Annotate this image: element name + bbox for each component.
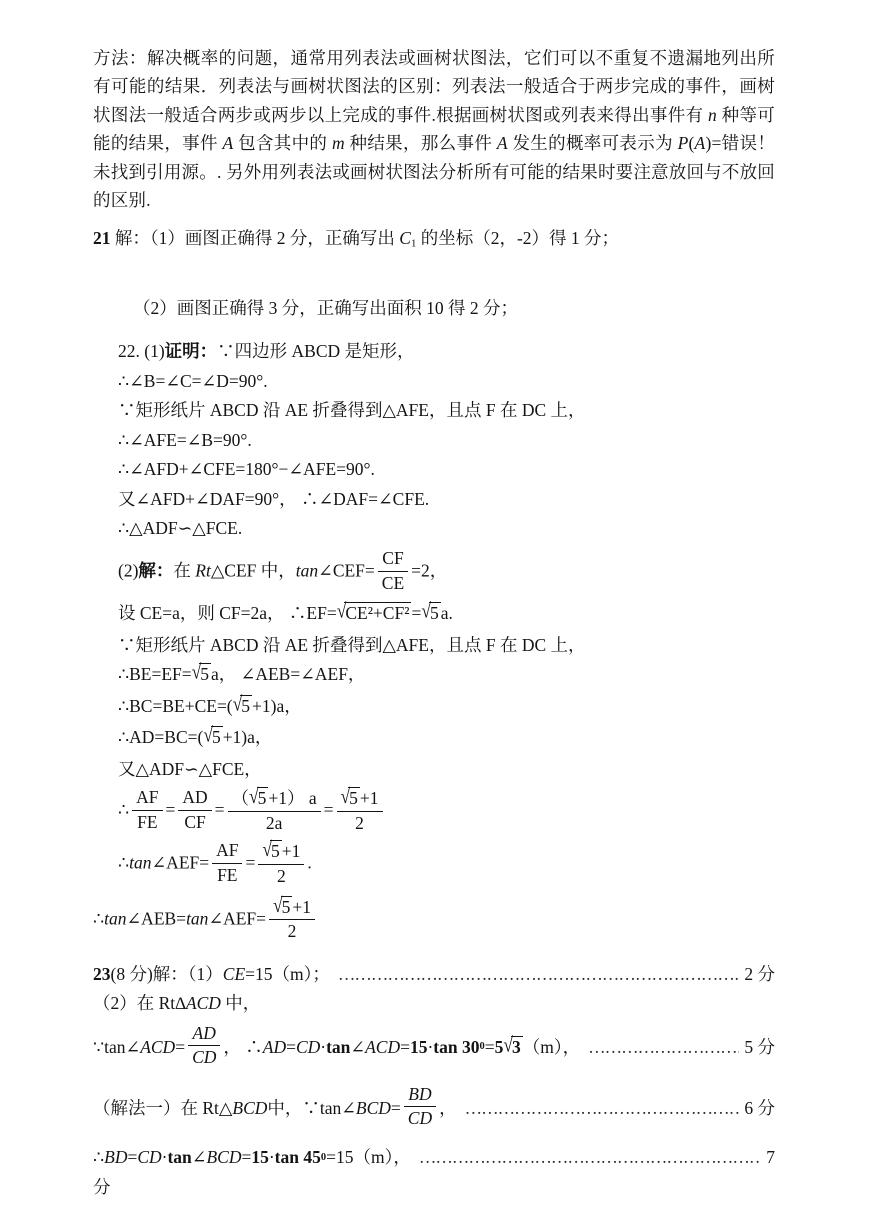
- text-run: CE: [223, 960, 245, 990]
- fraction: √5+12: [337, 786, 383, 833]
- text-run: 21: [93, 228, 111, 248]
- text-run: （解法一）在 Rt△: [93, 1094, 232, 1124]
- text-run: ∠: [350, 1033, 365, 1063]
- text-run: +1: [360, 788, 379, 808]
- text-run: CD: [192, 1047, 216, 1067]
- text-run: △CEF 中，: [211, 561, 296, 581]
- text-run: 2: [355, 813, 364, 833]
- text-run: CD: [408, 1108, 432, 1128]
- text-run: ACD: [365, 1033, 400, 1063]
- text-run: 2a: [266, 813, 283, 833]
- proof-22-step-similar: ∴△ADF∽△FCE.: [118, 514, 775, 544]
- text-run: ∠: [192, 1143, 207, 1173]
- fraction: √5+12: [269, 895, 315, 942]
- text-run: tan: [186, 908, 208, 928]
- square-root: √3: [503, 1033, 522, 1063]
- fraction: （√5+1） a2a: [228, 786, 321, 833]
- proof-22-step-fold: ∵矩形纸片 ABCD 沿 AE 折叠得到△AFE，且点 F 在 DC 上，: [118, 396, 775, 426]
- answer-21-part1: 21 解：（1）画图正确得 2 分，正确写出 C1 的坐标（2，-2）得 1 分…: [93, 224, 775, 254]
- text-run: 5 分: [744, 1033, 775, 1063]
- text-run: 中，∵tan∠: [267, 1094, 356, 1124]
- answer-23-part2-head: （2）在 Rt∆ACD 中，: [93, 989, 775, 1019]
- proof-22-step-afe: ∴∠AFE=∠B=90°.: [118, 426, 775, 456]
- dotted-leader: ……………………………………………………………………………………………………………: [338, 960, 739, 990]
- text-run: =: [485, 1033, 495, 1063]
- text-run: tan 45: [275, 1143, 321, 1173]
- text-run: +1)a，: [223, 727, 273, 747]
- square-root: √5: [421, 603, 440, 623]
- fraction: √5+12: [258, 839, 304, 886]
- text-run: ACD: [140, 1033, 175, 1063]
- square-root: √5: [249, 788, 268, 808]
- solve-22-2-step-fold: ∵矩形纸片 ABCD 沿 AE 折叠得到△AFE，且点 F 在 DC 上，: [118, 631, 775, 661]
- text-run: FE: [217, 865, 237, 885]
- text-run: ∵矩形纸片 ABCD 沿 AE 折叠得到△AFE，且点 F 在 DC 上，: [118, 400, 586, 420]
- text-run: （m），: [523, 1033, 580, 1063]
- proof-22-step-angles: ∴∠B=∠C=∠D=90°.: [118, 367, 775, 397]
- text-run: ∴BE=EF=: [118, 664, 192, 684]
- text-run: AD: [182, 787, 207, 807]
- text-run: CE²+CF²: [345, 603, 409, 623]
- text-run: 种结果，那么事件: [345, 133, 497, 153]
- text-run: +1） a: [268, 788, 316, 808]
- text-run: ACD: [186, 993, 221, 1013]
- text-run: 证明：: [165, 341, 218, 361]
- text-run: +1: [292, 897, 311, 917]
- text-run: 2: [277, 866, 286, 886]
- solve-22-2-head: (2)解：在 Rt△CEF 中，tan∠CEF=CFCE=2，: [118, 548, 775, 597]
- text-run: BCD: [206, 1143, 241, 1173]
- answer-23-bd: ∴ BD = CD · tan ∠BCD =15 · tan 450 =15（m…: [93, 1143, 775, 1173]
- square-root: √CE²+CF²: [337, 603, 412, 623]
- square-root: √5: [273, 897, 292, 917]
- fraction: ADCF: [178, 787, 211, 832]
- answer-23-tan-acd: ∵tan∠ACD=ADCD， ∴ AD = CD · tan ∠ACD = 15…: [93, 1023, 775, 1072]
- text-run: +1)a，: [252, 696, 302, 716]
- text-run: A: [223, 133, 234, 153]
- text-run: （2）画图正确得 3 分，正确写出面积 10 得 2 分；: [133, 298, 518, 318]
- text-run: （2）在 Rt∆: [93, 993, 186, 1013]
- text-run: ， ∴: [223, 1033, 262, 1063]
- text-run: =: [166, 800, 176, 820]
- text-run: =: [241, 1143, 251, 1173]
- text-run: =2，: [411, 561, 447, 581]
- text-run: ，: [439, 1094, 457, 1124]
- solve-22-2-step-ef: 设 CE=a，则 CF=2a， ∴EF=√CE²+CF²=√5a.: [118, 599, 775, 629]
- proof-22-step-daf: 又∠AFD+∠DAF=90°， ∴∠DAF=∠CFE.: [118, 485, 775, 515]
- fraction: AFFE: [212, 840, 242, 885]
- text-run: ∴∠B=∠C=∠D=90°.: [118, 371, 268, 391]
- text-run: P: [678, 133, 689, 153]
- answer-21-part2: （2）画图正确得 3 分，正确写出面积 10 得 2 分；: [133, 294, 775, 324]
- text-run: 中，: [221, 993, 260, 1013]
- text-run: ∴: [118, 800, 129, 820]
- text-run: (2): [118, 561, 138, 581]
- text-run: ∴: [93, 1143, 104, 1173]
- text-run: =: [391, 1094, 401, 1124]
- method-paragraph: 方法：解决概率的问题，通常用列表法或画树状图法，它们可以不重复不遗漏地列出所有可…: [93, 44, 775, 214]
- text-run: BCD: [356, 1094, 391, 1124]
- text-run: BCD: [232, 1094, 267, 1124]
- text-run: （: [232, 788, 250, 808]
- text-run: 6 分: [744, 1094, 775, 1124]
- text-run: tan: [326, 1033, 350, 1063]
- square-root: √5: [233, 696, 252, 716]
- text-run: 23: [93, 960, 111, 990]
- fraction: ADCD: [188, 1023, 220, 1068]
- text-run: AF: [136, 787, 158, 807]
- square-root: √5: [341, 788, 360, 808]
- text-run: AD: [263, 1033, 286, 1063]
- text-run: m: [332, 133, 345, 153]
- fraction: BDCD: [404, 1084, 436, 1129]
- text-run: =: [400, 1033, 410, 1063]
- text-run: +1: [282, 841, 301, 861]
- text-run: 的坐标（2，-2）得 1 分；: [416, 228, 619, 248]
- fraction: CFCE: [378, 548, 408, 593]
- text-run: tan: [167, 1143, 191, 1173]
- answer-23-bd-wrap: 分: [93, 1173, 775, 1203]
- solve-22-2-step-similar: 又△ADF∽△FCE，: [118, 755, 775, 785]
- text-run: ∠AEB=: [127, 908, 187, 928]
- text-run: ∠AEF=: [208, 908, 266, 928]
- text-run: A: [497, 133, 508, 153]
- text-run: =: [411, 603, 421, 623]
- text-run: n: [708, 105, 717, 125]
- proof-22-head: 22. (1)证明：∵四边形 ABCD 是矩形，: [118, 337, 775, 367]
- text-run: =: [324, 800, 334, 820]
- text-run: ∴: [93, 908, 104, 928]
- solve-22-2-step-ad: ∴AD=BC=(√5+1)a，: [118, 723, 775, 753]
- text-run: ∵四边形 ABCD 是矩形，: [217, 341, 414, 361]
- solve-22-2-tan-aef: ∴tan∠AEF=AFFE=√5+12.: [118, 839, 775, 890]
- text-run: 方法：解决概率的问题，通常用列表法或画树状图法，它们可以不重复不遗漏地列出所有可…: [93, 48, 775, 125]
- text-run: 15: [251, 1143, 269, 1173]
- square-root: √5: [192, 664, 211, 684]
- text-run: AF: [216, 840, 238, 860]
- dotted-leader: ……………………………………………………………………………………………………………: [465, 1094, 740, 1124]
- square-root: √5: [203, 727, 222, 747]
- text-run: =: [175, 1033, 185, 1063]
- text-run: =: [245, 853, 255, 873]
- text-run: 又△ADF∽△FCE，: [118, 759, 262, 779]
- text-run: 分: [93, 1177, 111, 1197]
- text-run: a.: [441, 603, 453, 623]
- text-run: 解：（1）画图正确得 2 分，正确写出: [111, 228, 400, 248]
- text-run: BD: [104, 1143, 127, 1173]
- text-run: ∴∠AFD+∠CFE=180°−∠AFE=90°.: [118, 459, 375, 479]
- answer-23-method1: （解法一）在 Rt△BCD 中，∵tan∠BCD=BDCD，……………………………: [93, 1084, 775, 1133]
- text-run: AD: [193, 1023, 216, 1043]
- text-run: CF: [184, 812, 205, 832]
- text-run: (8 分)解：（1）: [111, 960, 223, 990]
- text-run: ∵矩形纸片 ABCD 沿 AE 折叠得到△AFE，且点 F 在 DC 上，: [118, 635, 586, 655]
- text-run: tan: [129, 853, 151, 873]
- text-run: ∴: [118, 853, 129, 873]
- text-run: =: [127, 1143, 137, 1173]
- dotted-leader: ……………………………………………………………………………………………………………: [419, 1143, 761, 1173]
- text-run: =: [286, 1033, 296, 1063]
- text-run: 7: [766, 1143, 775, 1173]
- text-run: ∠AEF=: [152, 853, 210, 873]
- text-run: Rt: [195, 561, 211, 581]
- solve-22-2-ratio: ∴AFFE=ADCF=（√5+1） a2a=√5+12: [118, 786, 775, 837]
- text-run: C: [399, 228, 411, 248]
- document-content: 方法：解决概率的问题，通常用列表法或画树状图法，它们可以不重复不遗漏地列出所有可…: [93, 44, 775, 1202]
- fraction: AFFE: [132, 787, 162, 832]
- text-run: 设 CE=a，则 CF=2a， ∴EF=: [118, 603, 337, 623]
- text-run: a， ∠AEB=∠AEF，: [211, 664, 365, 684]
- text-run: 包含其中的: [233, 133, 332, 153]
- text-run: ∴AD=BC=(: [118, 727, 203, 747]
- text-run: CF: [382, 548, 403, 568]
- text-run: 22. (1): [118, 341, 165, 361]
- text-run: BD: [408, 1084, 431, 1104]
- solve-22-2-step-be: ∴BE=EF=√5a， ∠AEB=∠AEF，: [118, 660, 775, 690]
- text-run: tan: [296, 561, 318, 581]
- text-run: .: [307, 853, 311, 873]
- proof-22-step-afd-cfe: ∴∠AFD+∠CFE=180°−∠AFE=90°.: [118, 455, 775, 485]
- solve-22-2-step-bc: ∴BC=BE+CE=(√5+1)a，: [118, 692, 775, 722]
- text-run: 在: [173, 561, 195, 581]
- text-run: 发生的概率可表示为: [508, 133, 678, 153]
- text-run: =15（m），: [326, 1143, 411, 1173]
- text-run: ∴△ADF∽△FCE.: [118, 518, 242, 538]
- text-run: 15: [410, 1033, 428, 1063]
- text-run: A: [695, 133, 706, 153]
- text-run: tan: [104, 908, 126, 928]
- text-run: CE: [382, 573, 404, 593]
- text-run: 解：: [138, 561, 173, 581]
- text-run: ∠CEF=: [318, 561, 375, 581]
- text-run: 又∠AFD+∠DAF=90°， ∴∠DAF=∠CFE.: [118, 489, 429, 509]
- text-run: =15（m）；: [245, 960, 330, 990]
- text-run: 5: [495, 1033, 504, 1063]
- square-root: √5: [262, 841, 281, 861]
- text-run: 2 分: [744, 960, 775, 990]
- dotted-leader: ……………………………………………………………………………………………………………: [588, 1033, 739, 1063]
- text-run: ∵tan∠: [93, 1033, 140, 1063]
- text-run: FE: [137, 812, 157, 832]
- answer-23-part1: 23(8 分)解：（1） CE=15（m）；…………………………………………………: [93, 960, 775, 990]
- text-run: ∴BC=BE+CE=(: [118, 696, 233, 716]
- text-run: =: [215, 800, 225, 820]
- text-run: tan 30: [433, 1033, 479, 1063]
- solve-22-2-tan-aeb: ∴tan∠AEB=tan∠AEF=√5+12: [93, 895, 775, 946]
- text-run: CD: [137, 1143, 161, 1173]
- text-run: 2: [288, 921, 297, 941]
- text-run: CD: [296, 1033, 320, 1063]
- text-run: ∴∠AFE=∠B=90°.: [118, 430, 252, 450]
- document-page: 方法：解决概率的问题，通常用列表法或画树状图法，它们可以不重复不遗漏地列出所有可…: [0, 0, 869, 1202]
